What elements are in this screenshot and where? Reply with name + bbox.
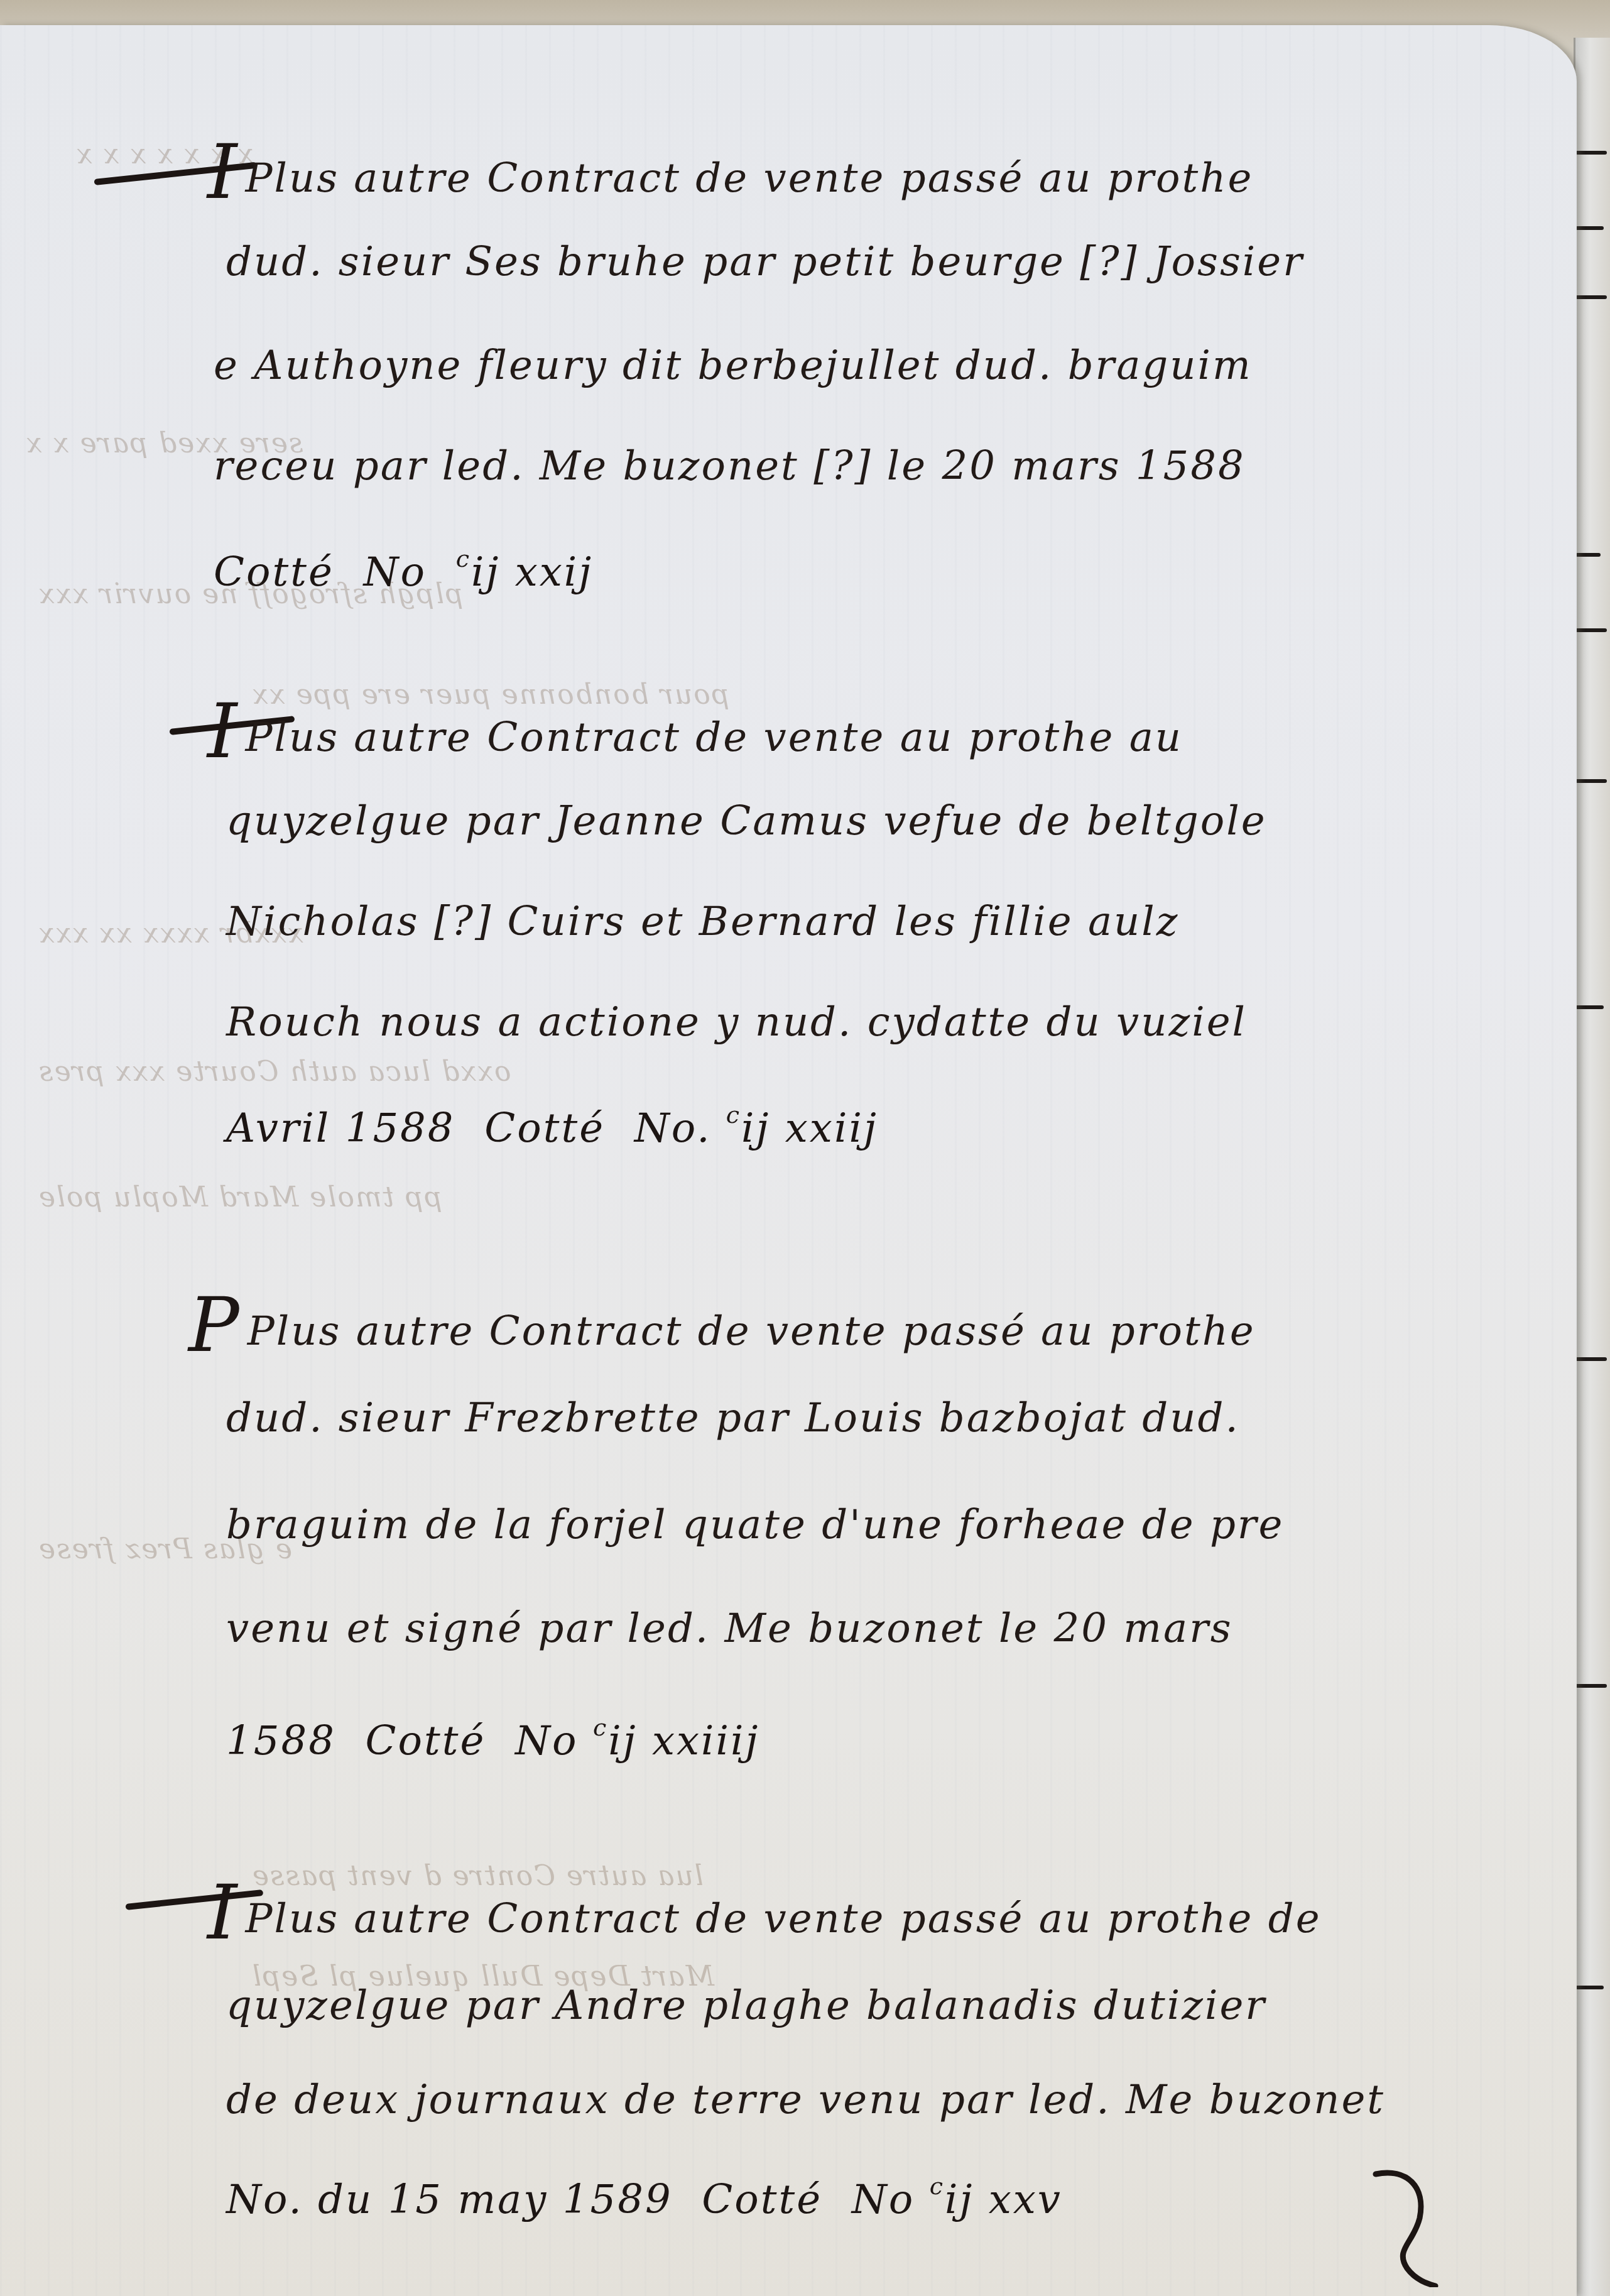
entry-reference: No. du 15 may 1589 Cotté No cij xxv	[226, 2174, 1062, 2220]
edge-ink-mark	[1575, 1986, 1604, 1989]
edge-ink-mark	[1575, 1005, 1604, 1009]
bleed-through-text: pp tmole Mard Moplu pole	[38, 1181, 442, 1213]
edge-ink-mark	[1575, 553, 1601, 557]
entry-reference: Avril 1588 Cotté No. cij xxiij	[226, 1103, 878, 1149]
entry-line: quyzelgue par Jeanne Camus vefue de belt…	[226, 801, 1267, 841]
entry-initial: I	[207, 1876, 239, 1951]
entry-line: PPlus autre Contract de vente passé au p…	[188, 1288, 1256, 1364]
edge-ink-mark	[1575, 295, 1607, 299]
entry-line: IPlus autre Contract de vente au prothe …	[207, 694, 1183, 770]
closing-flourish	[1369, 2162, 1445, 2287]
entry-line: IPlus autre Contract de vente passé au p…	[207, 1876, 1322, 1951]
entry-initial: I	[207, 694, 239, 770]
entry-line: receu par led. Me buzonet [?] le 20 mars…	[214, 446, 1246, 486]
edge-ink-mark	[1575, 226, 1604, 230]
entry-line: de deux journaux de terre venu par led. …	[226, 2080, 1385, 2120]
entry-line: dud. sieur Ses bruhe par petit beurge [?…	[226, 242, 1304, 282]
manuscript-page: x x x x x x x sere xxed pare x x plpgh s…	[0, 25, 1577, 2296]
entry-line: e Authoyne fleury dit berbejullet dud. b…	[214, 346, 1253, 386]
bleed-through-text: oxxd luca auth Courte xxx pres	[38, 1056, 511, 1088]
entry-line: quyzelgue par Andre plaghe balanadis dut…	[226, 1986, 1266, 2026]
entry-reference: 1588 Cotté No cij xxiiij	[226, 1715, 759, 1761]
entry-line: IPlus autre Contract de vente passé au p…	[207, 135, 1253, 210]
entry-reference: Cotté No cij xxij	[214, 547, 593, 593]
edge-ink-mark	[1575, 151, 1607, 155]
entry-line: venu et signé par led. Me buzonet le 20 …	[226, 1609, 1233, 1649]
entry-line: dud. sieur Frezbrette par Louis bazbojat…	[226, 1398, 1240, 1438]
edge-ink-mark	[1575, 628, 1607, 632]
entry-line: Nicholas [?] Cuirs et Bernard les fillie…	[226, 902, 1180, 942]
entry-initial: P	[188, 1288, 241, 1364]
edge-ink-mark	[1575, 1357, 1607, 1361]
entry-initial: I	[207, 135, 239, 210]
next-page-edge	[1574, 38, 1610, 2296]
edge-ink-mark	[1575, 779, 1607, 783]
entry-line: braguim de la forjel quate d'une forheae…	[226, 1505, 1284, 1545]
edge-ink-mark	[1575, 1684, 1607, 1688]
entry-line: Rouch nous a actione y nud. cydatte du v…	[226, 1002, 1247, 1042]
